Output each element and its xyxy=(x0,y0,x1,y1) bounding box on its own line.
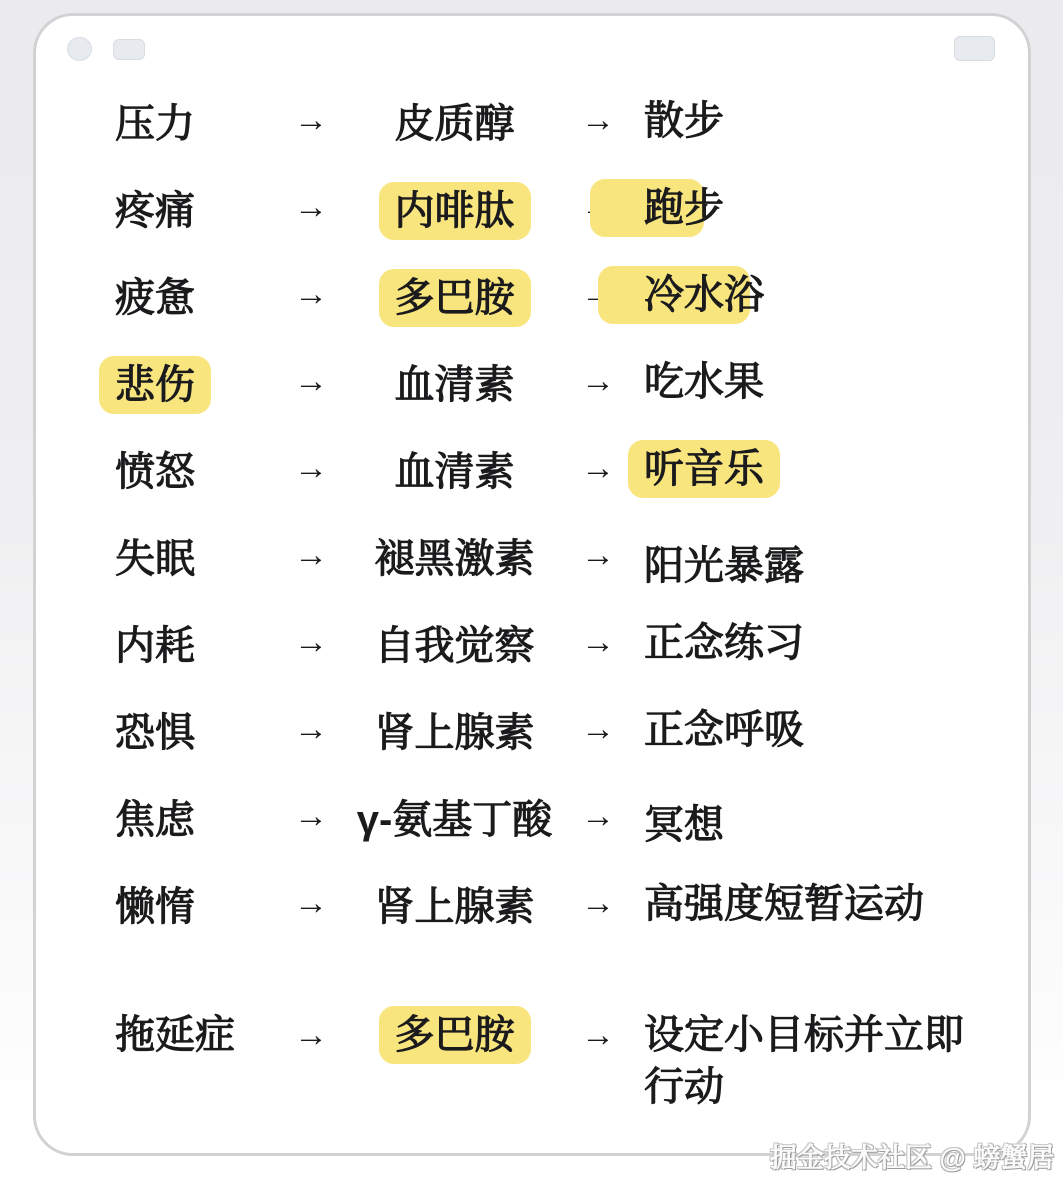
arrow-icon: → xyxy=(275,710,347,749)
arrow-icon: → xyxy=(562,797,634,836)
hormone-cell: 褪黑激素 xyxy=(347,527,562,584)
arrow-icon: → xyxy=(275,797,347,836)
emotion-cell: 恐惧 xyxy=(36,701,275,758)
arrow-glyph: → xyxy=(294,188,328,226)
arrow-icon: → xyxy=(275,449,347,488)
arrow-icon: → xyxy=(275,623,347,662)
remedy-cell: 正念练习 xyxy=(634,617,1028,669)
hormone-cell: 自我觉察 xyxy=(347,614,562,671)
hormone-cell: 皮质醇 xyxy=(347,92,562,149)
arrow-glyph: → xyxy=(581,797,615,835)
remedy-cell-text: 冥想 xyxy=(644,803,724,847)
hormone-cell-text: 血清素 xyxy=(395,363,515,407)
watermark: 掘金技术社区 @ 螃蟹居 xyxy=(770,1136,1054,1175)
arrow-glyph: → xyxy=(294,275,328,313)
arrow-icon: → xyxy=(275,101,347,140)
emotion-cell: 焦虑 xyxy=(36,788,275,845)
arrow-glyph: → xyxy=(294,536,328,574)
arrow-glyph: → xyxy=(581,536,615,574)
remedy-cell: 散步 xyxy=(634,95,1028,147)
arrow-icon: → xyxy=(562,536,634,575)
emotion-cell-text: 愤怒 xyxy=(115,450,195,494)
emotion-cell-text: 拖延症 xyxy=(115,1013,235,1057)
arrow-glyph: → xyxy=(294,884,328,922)
remedy-cell-text: 冷水浴 xyxy=(644,273,764,317)
mapping-row: 恐惧→肾上腺素→正念呼吸 xyxy=(36,686,1028,773)
mapping-row: 内耗→自我觉察→正念练习 xyxy=(36,599,1028,686)
hormone-cell-text: 皮质醇 xyxy=(395,102,515,146)
hormone-cell: γ-氨基丁酸 xyxy=(347,788,562,845)
hormone-cell: 肾上腺素 xyxy=(347,875,562,932)
arrow-icon: → xyxy=(562,362,634,401)
remedy-cell-text: 阳光暴露 xyxy=(644,544,804,588)
remedy-cell-text: 散步 xyxy=(644,99,724,143)
emotion-cell-text: 焦虑 xyxy=(115,798,195,842)
arrow-glyph: → xyxy=(294,623,328,661)
mapping-row: 焦虑→γ-氨基丁酸→冥想 xyxy=(36,773,1028,860)
window-control-square-right-icon[interactable] xyxy=(954,36,995,61)
remedy-cell: 阳光暴露 xyxy=(634,540,1028,592)
emotion-cell-text: 内耗 xyxy=(115,624,195,668)
arrow-glyph: → xyxy=(581,449,615,487)
arrow-icon: → xyxy=(562,710,634,749)
hormone-cell-text: 褪黑激素 xyxy=(375,537,535,581)
arrow-icon: → xyxy=(562,101,634,140)
arrow-glyph: → xyxy=(581,362,615,400)
hormone-cell: 血清素 xyxy=(347,440,562,497)
remedy-cell: 吃水果 xyxy=(634,356,1028,408)
mapping-row: 疼痛→内啡肽→跑步 xyxy=(36,164,1028,251)
arrow-icon: → xyxy=(275,536,347,575)
emotion-cell-text: 疼痛 xyxy=(115,189,195,233)
emotion-cell: 内耗 xyxy=(36,614,275,671)
emotion-cell-text: 疲惫 xyxy=(115,276,195,320)
emotion-cell: 懒惰 xyxy=(36,875,275,932)
emotion-cell: 愤怒 xyxy=(36,440,275,497)
arrow-icon: → xyxy=(275,884,347,923)
window-control-circle-icon[interactable] xyxy=(67,37,92,61)
hormone-cell: 多巴胺 xyxy=(347,266,562,323)
arrow-glyph: → xyxy=(294,362,328,400)
hormone-cell: 血清素 xyxy=(347,353,562,410)
emotion-cell: 失眠 xyxy=(36,527,275,584)
mapping-row: 懒惰→肾上腺素→高强度短暂运动 xyxy=(36,860,1028,947)
hormone-cell-text: 多巴胺 xyxy=(395,1013,515,1057)
hormone-cell-text: 肾上腺素 xyxy=(375,711,535,755)
hormone-cell-text: 肾上腺素 xyxy=(375,885,535,929)
emotion-cell: 悲伤 xyxy=(36,353,275,410)
window-control-square-left-icon[interactable] xyxy=(113,39,145,60)
arrow-glyph: → xyxy=(581,710,615,748)
emotion-cell-text: 压力 xyxy=(115,102,195,146)
remedy-cell: 跑步 xyxy=(634,182,1028,234)
remedy-cell-text: 设定小目标并立即行动 xyxy=(644,1013,964,1109)
hormone-cell: 肾上腺素 xyxy=(347,701,562,758)
hormone-cell-text: 血清素 xyxy=(395,450,515,494)
remedy-cell-text: 跑步 xyxy=(644,186,724,230)
mapping-row: 压力→皮质醇→散步 xyxy=(36,77,1028,164)
emotion-cell-text: 懒惰 xyxy=(115,885,195,929)
arrow-icon: → xyxy=(562,884,634,923)
emotion-cell: 压力 xyxy=(36,92,275,149)
remedy-cell-text: 正念练习 xyxy=(644,621,804,665)
mapping-row: 疲惫→多巴胺→冷水浴 xyxy=(36,251,1028,338)
remedy-cell: 高强度短暂运动 xyxy=(634,878,1028,930)
arrow-icon: → xyxy=(275,1009,347,1061)
arrow-icon: → xyxy=(562,449,634,488)
remedy-cell-text: 吃水果 xyxy=(644,360,764,404)
hormone-cell: 多巴胺 xyxy=(347,1009,562,1061)
remedy-cell: 正念呼吸 xyxy=(634,704,1028,756)
remedy-cell: 冷水浴 xyxy=(634,269,1028,321)
arrow-icon: → xyxy=(275,275,347,314)
emotion-cell: 疲惫 xyxy=(36,266,275,323)
emotion-hormone-remedy-table: 压力→皮质醇→散步疼痛→内啡肽→跑步疲惫→多巴胺→冷水浴悲伤→血清素→吃水果愤怒… xyxy=(36,77,1028,1113)
arrow-icon: → xyxy=(562,1009,634,1061)
emotion-cell: 疼痛 xyxy=(36,179,275,236)
mapping-row: 失眠→褪黑激素→阳光暴露 xyxy=(36,512,1028,599)
hormone-cell-text: 自我觉察 xyxy=(375,624,535,668)
emotion-cell-text: 恐惧 xyxy=(115,711,195,755)
emotion-cell-text: 悲伤 xyxy=(115,363,195,407)
remedy-cell: 听音乐 xyxy=(634,443,1028,495)
mapping-row: 愤怒→血清素→听音乐 xyxy=(36,425,1028,512)
arrow-glyph: → xyxy=(294,1016,328,1054)
hormone-cell: 内啡肽 xyxy=(347,179,562,236)
remedy-cell: 设定小目标并立即行动 xyxy=(634,1009,1028,1113)
arrow-icon: → xyxy=(562,623,634,662)
mapping-row: 悲伤→血清素→吃水果 xyxy=(36,338,1028,425)
hormone-cell-text: 内啡肽 xyxy=(395,189,515,233)
arrow-icon: → xyxy=(275,362,347,401)
arrow-glyph: → xyxy=(294,101,328,139)
arrow-glyph: → xyxy=(581,623,615,661)
hormone-cell-text: γ-氨基丁酸 xyxy=(357,798,553,842)
mapping-row: 拖延症→多巴胺→设定小目标并立即行动 xyxy=(36,1009,1028,1113)
arrow-icon: → xyxy=(275,188,347,227)
arrow-glyph: → xyxy=(581,884,615,922)
note-card: 压力→皮质醇→散步疼痛→内啡肽→跑步疲惫→多巴胺→冷水浴悲伤→血清素→吃水果愤怒… xyxy=(33,13,1031,1156)
arrow-glyph: → xyxy=(581,1016,615,1054)
remedy-cell: 冥想 xyxy=(634,799,1028,851)
remedy-cell-text: 正念呼吸 xyxy=(644,708,804,752)
emotion-cell-text: 失眠 xyxy=(115,537,195,581)
arrow-glyph: → xyxy=(294,449,328,487)
page-background: { "window": { "controls": { "circle": "w… xyxy=(0,0,1063,1200)
remedy-cell-text: 高强度短暂运动 xyxy=(644,882,924,926)
arrow-glyph: → xyxy=(581,101,615,139)
arrow-glyph: → xyxy=(294,797,328,835)
arrow-glyph: → xyxy=(294,710,328,748)
hormone-cell-text: 多巴胺 xyxy=(395,276,515,320)
emotion-cell: 拖延症 xyxy=(36,1009,275,1061)
remedy-cell-text: 听音乐 xyxy=(644,447,764,491)
